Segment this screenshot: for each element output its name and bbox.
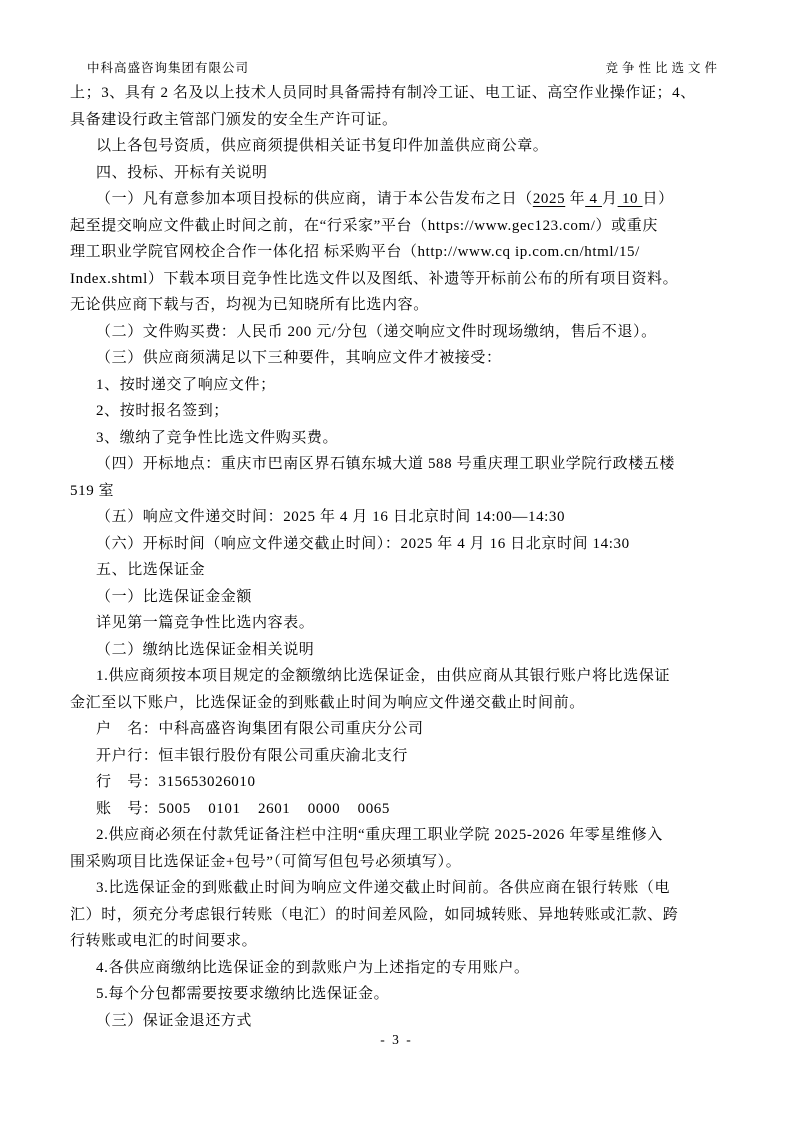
document-line: 3.比选保证金的到账截止时间为响应文件递交截止时间前。各供应商在银行转账（电 [70,875,723,902]
text-segment: 日） [643,191,674,207]
underlined-date-part: 10 [618,191,643,207]
document-line: （三）供应商须满足以下三种要件，其响应文件才被接受： [70,345,723,372]
document-line: （六）开标时间（响应文件递交截止时间）：2025 年 4 月 16 日北京时间 … [70,531,723,558]
document-line: 行转账或电汇的时间要求。 [70,928,723,955]
document-line: 4.各供应商缴纳比选保证金的到款账户为上述指定的专用账户。 [70,955,723,982]
text-segment: 月 [602,191,618,207]
document-line: 五、比选保证金 [70,557,723,584]
document-line: 起至提交响应文件截止时间之前，在“行采家”平台（https://www.gec1… [70,213,723,240]
document-line: 5.每个分包都需要按要求缴纳比选保证金。 [70,981,723,1008]
document-line: 1、按时递交了响应文件； [70,372,723,399]
document-body: 上；3、具有 2 名及以上技术人员同时具备需持有制冷工证、电工证、高空作业操作证… [70,80,723,1034]
document-line: 详见第一篇竞争性比选内容表。 [70,610,723,637]
document-line: 3、缴纳了竞争性比选文件购买费。 [70,425,723,452]
document-line: （一）比选保证金金额 [70,584,723,611]
page-number: - 3 - [0,1032,793,1048]
document-line: 汇）时，须充分考虑银行转账（电汇）的时间差风险，如同城转账、异地转账或汇款、跨 [70,902,723,929]
document-line: （四）开标地点：重庆市巴南区界石镇东城大道 588 号重庆理工职业学院行政楼五楼 [70,451,723,478]
document-line: 户 名：中科高盛咨询集团有限公司重庆分公司 [70,716,723,743]
document-line: 开户行：恒丰银行股份有限公司重庆渝北支行 [70,743,723,770]
header-doc-type: 竞争性比选文件 [605,61,721,76]
underlined-date-part: 2025 [533,191,565,207]
underlined-date-part: 4 [585,191,602,207]
document-page: 中科高盛咨询集团有限公司 竞争性比选文件 上；3、具有 2 名及以上技术人员同时… [0,0,793,1122]
document-line: 2.供应商必须在付款凭证备注栏中注明“重庆理工职业学院 2025-2026 年零… [70,822,723,849]
document-line: 金汇至以下账户，比选保证金的到账截止时间为响应文件递交截止时间前。 [70,690,723,717]
document-line: Index.shtml）下载本项目竞争性比选文件以及图纸、补遗等开标前公布的所有… [70,266,723,293]
page-header: 中科高盛咨询集团有限公司 竞争性比选文件 [87,61,721,76]
document-line: 围采购项目比选保证金+包号”（可简写但包号必须填写）。 [70,849,723,876]
document-line: 理工职业学院官网校企合作一体化招 标采购平台（http://www.cq ip.… [70,239,723,266]
document-line: （二）缴纳比选保证金相关说明 [70,637,723,664]
document-line: 具备建设行政主管部门颁发的安全生产许可证。 [70,107,723,134]
document-line: 2、按时报名签到； [70,398,723,425]
document-line: 1.供应商须按本项目规定的金额缴纳比选保证金，由供应商从其银行账户将比选保证 [70,663,723,690]
header-company-name: 中科高盛咨询集团有限公司 [87,61,249,76]
text-segment: 年 [565,191,585,207]
document-line: 账 号：5005 0101 2601 0000 0065 [70,796,723,823]
document-line: （一）凡有意参加本项目投标的供应商，请于本公告发布之日（2025 年 4 月 1… [70,186,723,213]
document-line: 行 号：315653026010 [70,769,723,796]
text-segment: （一）凡有意参加本项目投标的供应商，请于本公告发布之日（ [96,191,533,207]
document-line: （五）响应文件递交时间：2025 年 4 月 16 日北京时间 14:00—14… [70,504,723,531]
document-line: （二）文件购买费：人民币 200 元/分包（递交响应文件时现场缴纳，售后不退）。 [70,319,723,346]
document-line: 519 室 [70,478,723,505]
document-line: （三）保证金退还方式 [70,1008,723,1035]
document-line: 上；3、具有 2 名及以上技术人员同时具备需持有制冷工证、电工证、高空作业操作证… [70,80,723,107]
document-line: 无论供应商下载与否，均视为已知晓所有比选内容。 [70,292,723,319]
document-line: 以上各包号资质，供应商须提供相关证书复印件加盖供应商公章。 [70,133,723,160]
document-line: 四、投标、开标有关说明 [70,160,723,187]
